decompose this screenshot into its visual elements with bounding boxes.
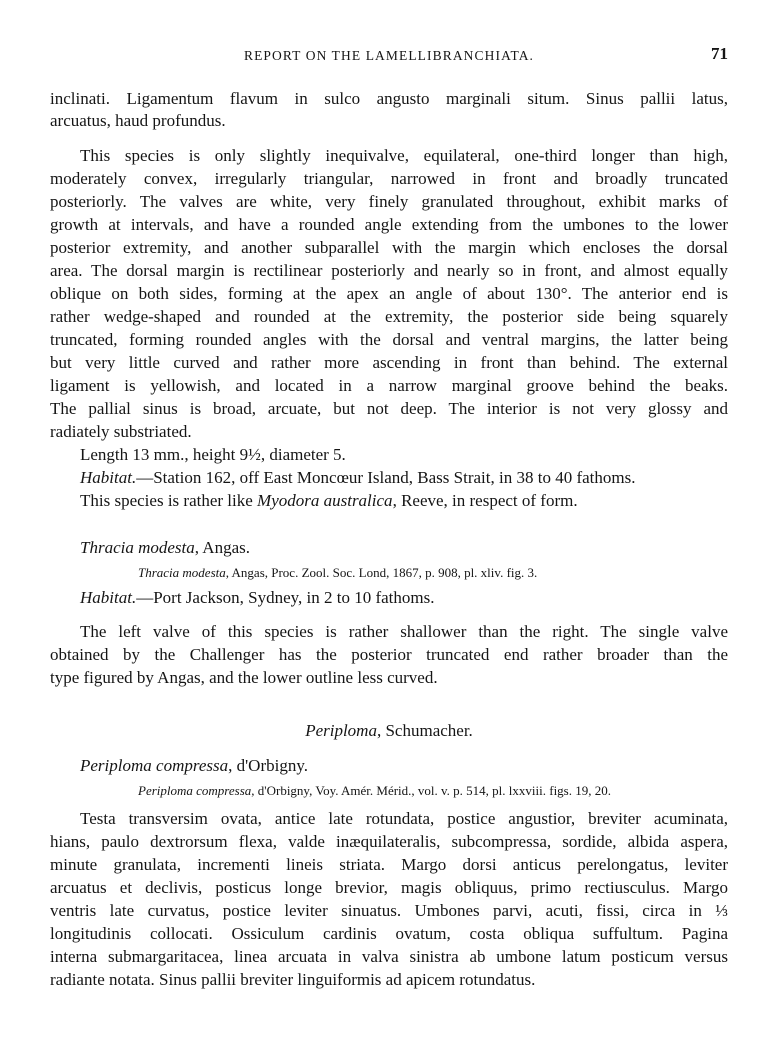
habitat-line: Habitat.—Station 162, off East Moncœur I… — [50, 467, 728, 489]
species-reference: Thracia modesta, Angas, Proc. Zool. Soc.… — [50, 562, 728, 584]
text-line: Testa transversim ovata, antice late rot… — [50, 808, 728, 830]
habitat-text: —Port Jackson, Sydney, in 2 to 10 fathom… — [136, 588, 434, 607]
text-line: posteriorly. The valves are white, very … — [50, 191, 728, 213]
text-line: oblique on both sides, forming at the ap… — [50, 283, 728, 305]
running-title: REPORT ON THE LAMELLIBRANCHIATA. — [50, 48, 728, 64]
measurements: Length 13 mm., height 9½, diameter 5. — [50, 444, 728, 466]
text-line: moderately convex, irregularly triangula… — [50, 168, 728, 190]
text-line: obtained by the Challenger has the poste… — [50, 644, 728, 666]
species-reference: Periploma compressa, d'Orbigny, Voy. Amé… — [50, 780, 728, 802]
text-line: ventris late curvatus, postice leviter s… — [50, 900, 728, 922]
species-heading: Thracia modesta, Angas. — [50, 537, 728, 559]
habitat-label: Habitat. — [80, 588, 136, 607]
habitat-line: Habitat.—Port Jackson, Sydney, in 2 to 1… — [50, 587, 728, 609]
page-number: 71 — [711, 44, 728, 64]
text-line: hians, paulo dextrorsum flexa, valde inæ… — [50, 831, 728, 853]
text-line: radiately substriated. — [50, 421, 728, 443]
species-heading: Periploma compressa, d'Orbigny. — [50, 755, 728, 777]
genus-heading: Periploma, Schumacher. — [50, 720, 728, 742]
text-line: interna submargaritacea, linea arcuata i… — [50, 946, 728, 968]
comparison-line: This species is rather like Myodora aust… — [50, 490, 728, 512]
text-line: type figured by Angas, and the lower out… — [50, 667, 728, 689]
text-line: growth at intervals, and have a rounded … — [50, 214, 728, 236]
species-name: Thracia modesta — [80, 538, 195, 557]
text-line: longitudinis collocati. Ossiculum cardin… — [50, 923, 728, 945]
text-line: but very little curved and rather more a… — [50, 352, 728, 374]
text-line: area. The dorsal margin is rectilinear p… — [50, 260, 728, 282]
text-line: The pallial sinus is broad, arcuate, but… — [50, 398, 728, 420]
text-line: rather wedge-shaped and rounded at the e… — [50, 306, 728, 328]
text-line: arcuatus et declivis, posticus longe bre… — [50, 877, 728, 899]
habitat-text: —Station 162, off East Moncœur Island, B… — [136, 468, 635, 487]
text-line: arcuatus, haud profundus. — [50, 110, 728, 132]
species-name: Periploma compressa — [80, 756, 228, 775]
habitat-label: Habitat. — [80, 468, 136, 487]
page-header: REPORT ON THE LAMELLIBRANCHIATA. 71 — [50, 44, 728, 68]
text-line: inclinati. Ligamentum flavum in sulco an… — [50, 88, 728, 110]
text-line: minute granulata, incrementi lineis stri… — [50, 854, 728, 876]
text-line: radiante notata. Sinus pallii breviter l… — [50, 969, 728, 991]
species-name: Myodora australica — [257, 491, 393, 510]
text-line: truncated, forming rounded angles with t… — [50, 329, 728, 351]
genus-name: Periploma — [305, 721, 377, 740]
text-line: This species is only slightly inequivalv… — [50, 145, 728, 167]
text-line: posterior extremity, and another subpara… — [50, 237, 728, 259]
text-line: ligament is yellowish, and located in a … — [50, 375, 728, 397]
text-line: The left valve of this species is rather… — [50, 621, 728, 643]
